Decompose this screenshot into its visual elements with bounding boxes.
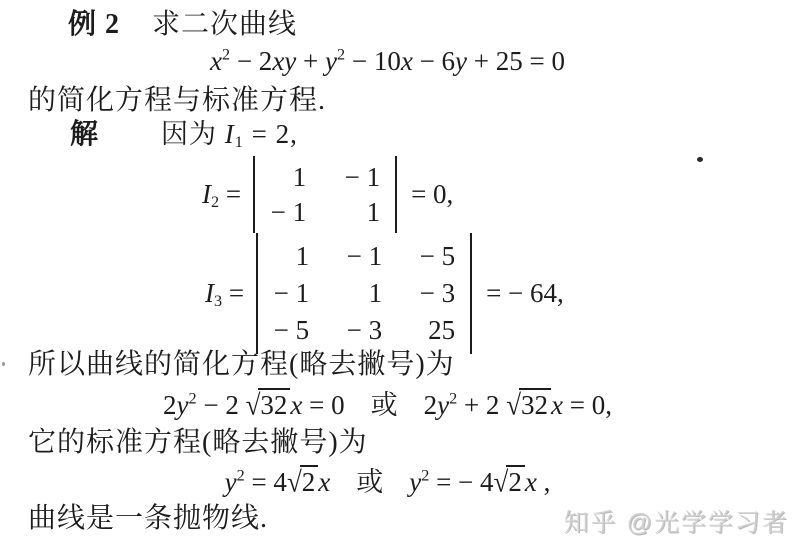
matrix-cell: − 1 [318,162,380,192]
standard-equation: y2 = 4√2x或y2 = − 4√2x , [0,465,775,498]
scanned-textbook-page: 例 2求二次曲线 x2 − 2xy + y2 − 10x − 6y + 25 =… [0,0,803,550]
ink-speck [697,157,703,162]
solution-line: 解因为 I1 = 2, [70,119,298,151]
matrix-cell: 1 [267,241,309,271]
matrix-cell: − 1 [318,241,382,271]
determinant-I2-matrix: 1 − 1 − 1 1 [255,156,395,233]
example-title: 求二次曲线 [152,9,297,40]
because-line: 因为 I1 = 2, [161,119,298,149]
determinant-I3-matrix: 1 − 1 − 5 − 1 1 − 3 − 5 − 3 25 [258,233,470,354]
matrix-cell: − 3 [391,278,455,308]
matrix-cell: 1 [318,278,382,308]
matrix-cell: − 5 [391,241,455,271]
determinant-I3-lhs: I3 = [205,278,244,309]
conclusion-line: 曲线是一条抛物线. [28,503,268,535]
determinant-I2-lhs: I2 = [202,179,241,210]
determinant-I3: I3 = 1 − 1 − 5 − 1 1 − 3 − 5 − 3 25 = − … [205,233,564,354]
determinant-I2-rhs: = 0, [411,179,453,210]
determinant-I3-bars: 1 − 1 − 5 − 1 1 − 3 − 5 − 3 25 [256,233,472,354]
matrix-cell: − 3 [318,315,382,345]
example-heading: 例 2求二次曲线 [68,9,297,41]
matrix-cell: 1 [318,197,380,227]
watermark: 知乎 @光学学习者 [564,503,789,539]
standard-intro: 它的标准方程(略去撇号)为 [28,427,368,459]
example-label: 例 2 [68,9,120,40]
matrix-cell: − 1 [264,197,306,227]
matrix-cell: 1 [264,162,306,192]
determinant-I2: I2 = 1 − 1 − 1 1 = 0, [202,156,453,233]
matrix-cell: − 5 [267,315,309,345]
simplified-equation: 2y2 − 2 √32x = 0或2y2 + 2 √32x = 0, [0,388,775,421]
determinant-I2-bars: 1 − 1 − 1 1 [253,156,397,233]
matrix-cell: 25 [391,315,455,345]
matrix-cell: − 1 [267,278,309,308]
ink-speck [2,362,5,366]
solution-label: 解 [70,119,99,150]
main-equation: x2 − 2xy + y2 − 10x − 6y + 25 = 0 [0,46,775,77]
simplified-intro: 所以曲线的简化方程(略去撇号)为 [28,349,455,381]
determinant-I3-rhs: = − 64, [486,278,564,309]
goal-line: 的简化方程与标准方程. [28,85,326,117]
